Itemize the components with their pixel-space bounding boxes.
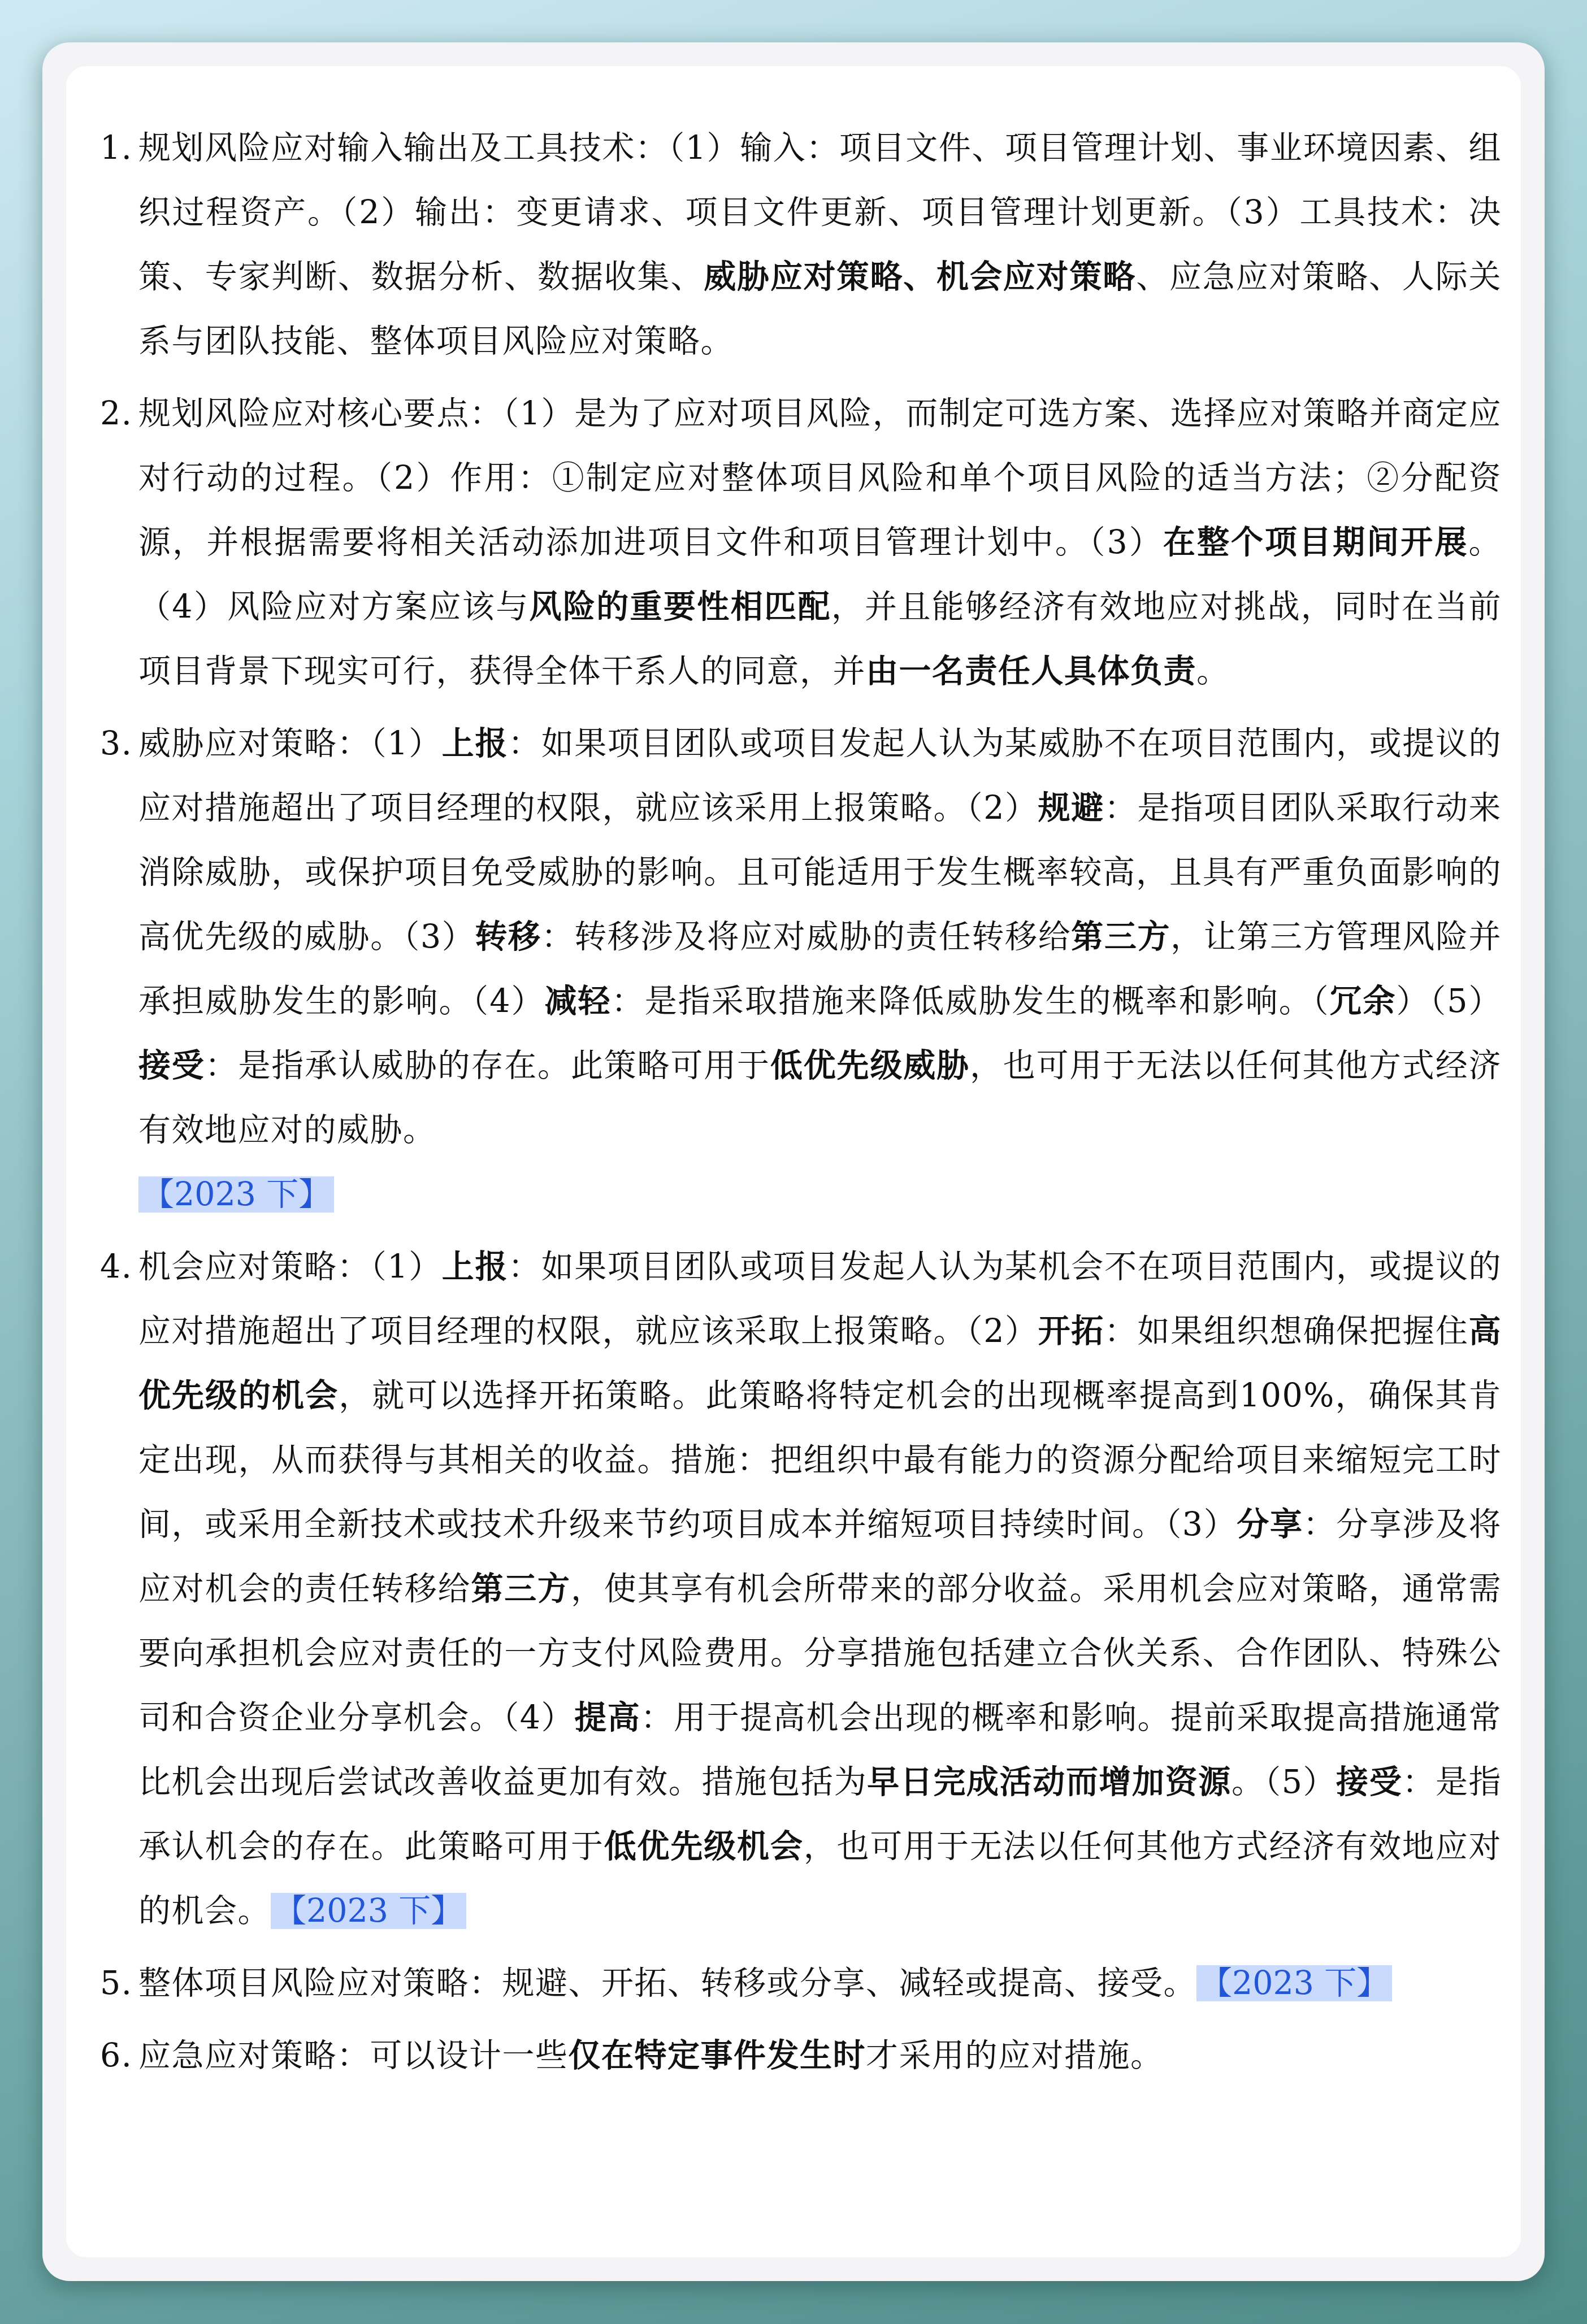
text: ）（5）	[1397, 983, 1502, 1020]
emphasis: 接受	[138, 1046, 205, 1084]
text: 威胁应对策略：（1）	[138, 725, 442, 762]
emphasis: 第三方	[471, 1570, 571, 1608]
text: ：是指承认威胁的存在。此策略可用于	[205, 1047, 770, 1084]
emphasis: 规避	[1038, 789, 1104, 827]
exam-year-tag: 【2023 下】	[1196, 1965, 1392, 2001]
item-number: 4.	[100, 1235, 138, 1299]
list-item-5: 5.整体项目风险应对策略：规避、开拓、转移或分享、减轻或提高、接受。【2023 …	[100, 1951, 1502, 2015]
exam-year-tag: 【2023 下】	[138, 1176, 334, 1213]
text: 整体项目风险应对策略：规避、开拓、转移或分享、减轻或提高、接受。	[138, 1965, 1196, 2002]
emphasis: 开拓	[1038, 1312, 1104, 1350]
emphasis: 风险的重要性相匹配	[530, 588, 831, 625]
emphasis: 分享	[1237, 1505, 1303, 1543]
emphasis: 低优先级机会	[604, 1827, 804, 1865]
item-number: 5.	[100, 1951, 138, 2015]
list-item-4: 4.机会应对策略：（1）上报：如果项目团队或项目发起人认为某机会不在项目范围内，…	[100, 1235, 1502, 1943]
item-number: 2.	[100, 381, 138, 446]
emphasis: 上报	[442, 1248, 508, 1285]
list-item-2: 2.规划风险应对核心要点：（1）是为了应对项目风险，而制定可选方案、选择应对策略…	[100, 381, 1502, 703]
exam-year-tag: 【2023 下】	[271, 1893, 466, 1929]
list-item-1: 1.规划风险应对输入输出及工具技术：（1）输入：项目文件、项目管理计划、事业环境…	[100, 116, 1502, 373]
emphasis: 转移	[475, 918, 541, 955]
emphasis: 冗余	[1329, 982, 1396, 1020]
list-item-6: 6.应急应对策略：可以设计一些仅在特定事件发生时才采用的应对措施。	[100, 2023, 1502, 2088]
text: ：转移涉及将应对威胁的责任转移给	[541, 918, 1072, 955]
text: 才采用的应对措施。	[866, 2037, 1164, 2074]
text: ：是指采取措施来降低威胁发生的概率和影响。（	[612, 983, 1330, 1020]
list-item-3: 3.威胁应对策略：（1）上报：如果项目团队或项目发起人认为某威胁不在项目范围内，…	[100, 711, 1502, 1227]
text: 应急应对策略：可以设计一些	[138, 2037, 569, 2074]
emphasis: 早日完成活动而增加资源	[867, 1763, 1232, 1801]
text: 。（5）	[1232, 1763, 1336, 1801]
emphasis: 由一名责任人具体负责	[866, 652, 1196, 690]
emphasis: 第三方	[1071, 918, 1170, 955]
text: 机会应对策略：（1）	[138, 1248, 442, 1285]
item-number: 6.	[100, 2023, 138, 2088]
document-card: 1.规划风险应对输入输出及工具技术：（1）输入：项目文件、项目管理计划、事业环境…	[66, 66, 1521, 2257]
emphasis: 威胁应对策略、机会应对策略	[704, 258, 1136, 296]
emphasis: 仅在特定事件发生时	[569, 2036, 866, 2074]
text: ：如果组织想确保把握住	[1104, 1313, 1469, 1350]
emphasis: 接受	[1336, 1763, 1402, 1801]
emphasis: 上报	[442, 724, 508, 762]
emphasis: 低优先级威胁	[770, 1046, 970, 1084]
emphasis: 在整个项目期间开展	[1163, 523, 1469, 561]
outer-card: 1.规划风险应对输入输出及工具技术：（1）输入：项目文件、项目管理计划、事业环境…	[42, 42, 1545, 2281]
item-number: 1.	[100, 116, 138, 180]
emphasis: 提高	[574, 1699, 640, 1736]
text: 。	[1196, 653, 1230, 690]
emphasis: 减轻	[545, 982, 612, 1020]
knowledge-list: 1.规划风险应对输入输出及工具技术：（1）输入：项目文件、项目管理计划、事业环境…	[100, 116, 1502, 2096]
item-number: 3.	[100, 711, 138, 776]
